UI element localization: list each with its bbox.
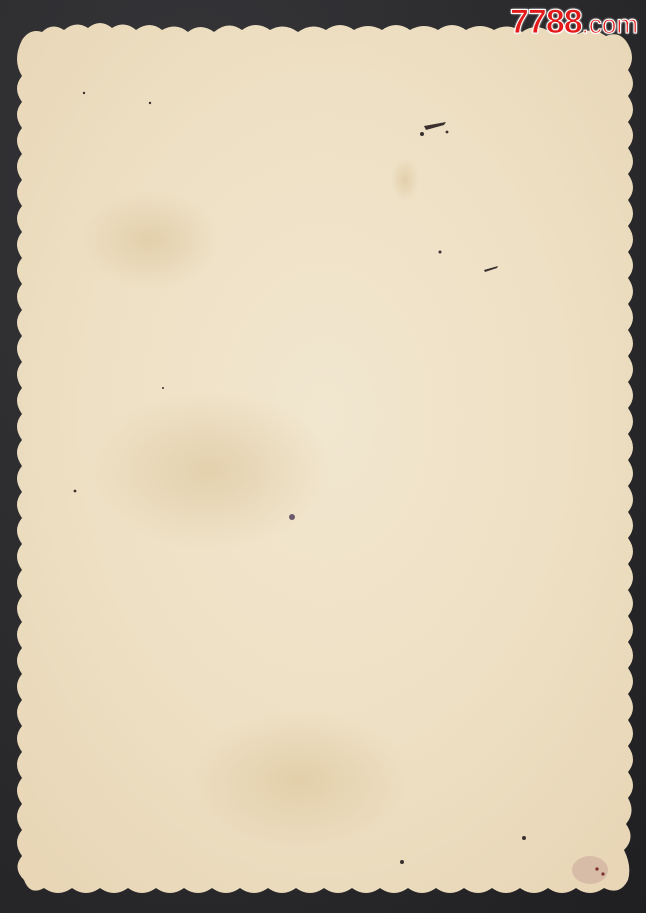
stain	[90, 390, 330, 550]
stain	[391, 158, 419, 202]
photo-card-back	[0, 0, 646, 913]
watermark-domain: .com	[582, 9, 638, 39]
watermark-number: 7788	[510, 3, 582, 41]
site-watermark: 7788.com	[510, 2, 638, 44]
stain	[80, 190, 220, 290]
stain	[190, 710, 410, 850]
